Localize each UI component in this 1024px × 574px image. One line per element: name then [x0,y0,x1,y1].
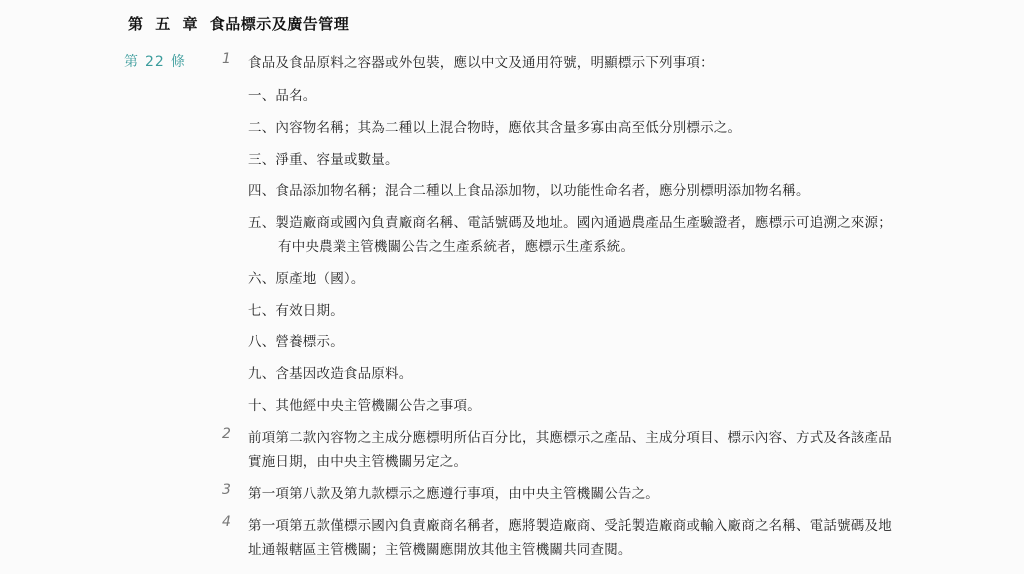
list-item: 六、原產地（國）。 [248,267,365,287]
list-item: 五、製造廠商或國內負責廠商名稱、電話號碼及地址。國內通過農產品生產驗證者，應標示… [248,211,892,231]
list-item: 八、營養標示。 [248,330,344,350]
list-item: 九、含基因改造食品原料。 [248,362,412,382]
article-number: 22 [145,54,165,70]
list-item: 十、其他經中央主管機關公告之事項。 [248,394,481,414]
list-item: 三、淨重、容量或數量。 [248,148,399,168]
paragraph-number: 3 [222,482,231,498]
chapter-title: 第 五 章 食品標示及廣告管理 [128,13,349,34]
article-number-link[interactable]: 第22條 [124,51,192,71]
paragraph-number: 4 [222,514,231,530]
chapter-word: 第 [128,15,144,33]
chapter-number: 五 [155,15,171,33]
paragraph-text: 實施日期，由中央主管機關另定之。 [248,450,467,470]
paragraph-text: 前項第二款內容物之主成分應標明所佔百分比，其應標示之產品、主成分項目、標示內容、… [248,426,892,446]
paragraph-text: 第一項第五款僅標示國內負責廠商名稱者，應將製造廠商、受託製造廠商或輸入廠商之名稱… [248,514,892,534]
chapter-name: 食品標示及廣告管理 [210,15,350,33]
paragraph-text: 址通報轄區主管機關；主管機關應開放其他主管機關共同查閱。 [248,538,632,558]
paragraph-number: 1 [222,51,231,67]
paragraph-text: 食品及食品原料之容器或外包裝，應以中文及通用符號，明顯標示下列事項： [248,51,714,71]
list-item-continuation: 有中央農業主管機關公告之生產系統者，應標示生產系統。 [278,235,634,255]
article-suffix: 條 [171,54,186,70]
paragraph-number: 2 [222,426,231,442]
article-prefix: 第 [124,54,139,70]
list-item: 二、內容物名稱；其為二種以上混合物時，應依其含量多寡由高至低分別標示之。 [248,116,741,136]
list-item: 七、有效日期。 [248,299,344,319]
list-item: 四、食品添加物名稱；混合二種以上食品添加物，以功能性命名者，應分別標明添加物名稱… [248,179,810,199]
paragraph-text: 第一項第八款及第九款標示之應遵行事項，由中央主管機關公告之。 [248,482,659,502]
law-article-page: 第 五 章 食品標示及廣告管理 第22條 1 食品及食品原料之容器或外包裝，應以… [0,0,1024,574]
chapter-word: 章 [183,15,199,33]
list-item: 一、品名。 [248,84,317,104]
